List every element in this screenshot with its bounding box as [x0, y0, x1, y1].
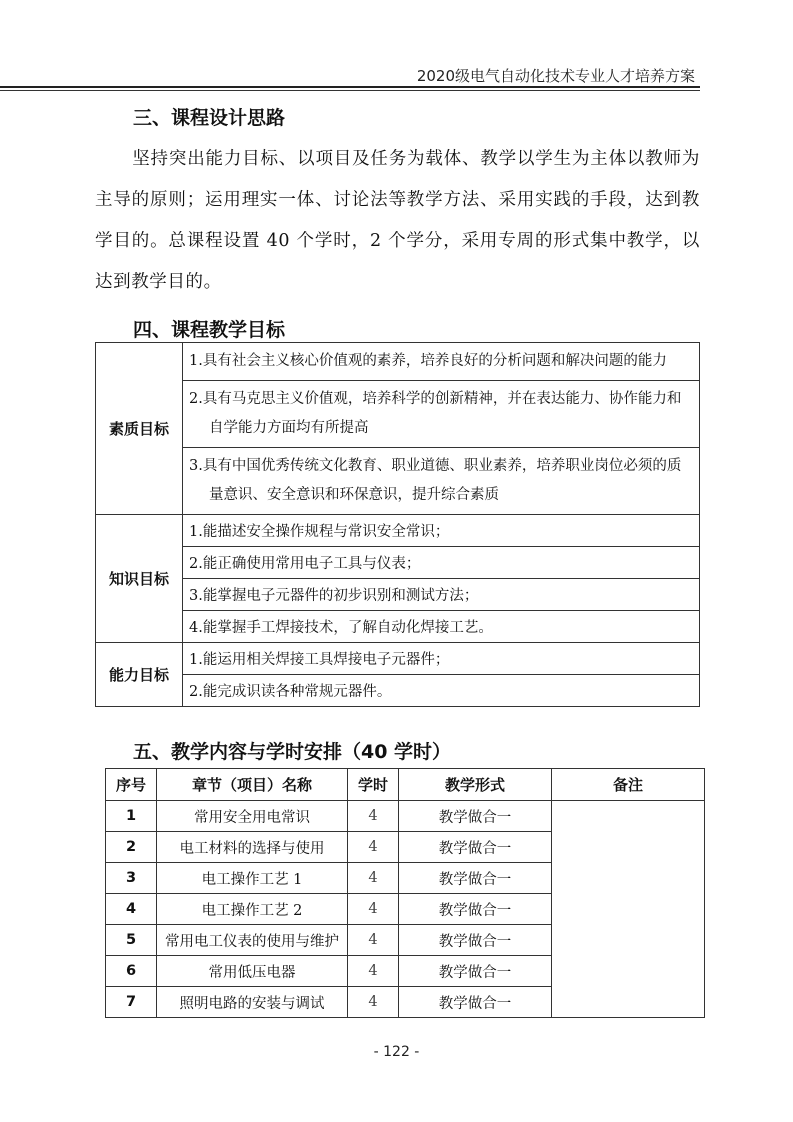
col-header-no: 序号 [106, 769, 157, 801]
goal-item: 2.能完成识读各种常规元器件。 [183, 675, 700, 707]
remark-cell [552, 801, 705, 1018]
design-paragraph-text: 坚持突出能力目标、以项目及任务为载体、教学以学生为主体以教师为主导的原则；运用理… [95, 149, 700, 292]
col-header-name: 章节（项目）名称 [157, 769, 348, 801]
row-name: 照明电路的安装与调试 [157, 987, 348, 1018]
goal-item: 3.具有中国优秀传统文化教育、职业道德、职业素养，培养职业岗位必须的质量意识、安… [183, 448, 700, 515]
row-name: 电工操作工艺 1 [157, 863, 348, 894]
row-no: 3 [106, 863, 157, 894]
goal-item: 3.能掌握电子元器件的初步识别和测试方法； [183, 579, 700, 611]
row-name: 常用安全用电常识 [157, 801, 348, 832]
goal-category: 素质目标 [96, 343, 183, 515]
goal-item: 4.能掌握手工焊接技术，了解自动化焊接工艺。 [183, 611, 700, 643]
row-form: 教学做合一 [399, 925, 552, 956]
schedule-table: 序号 章节（项目）名称 学时 教学形式 备注 1 常用安全用电常识 4 教学做合… [105, 768, 705, 1018]
table-row: 1 常用安全用电常识 4 教学做合一 [106, 801, 705, 832]
col-header-form: 教学形式 [399, 769, 552, 801]
row-no: 4 [106, 894, 157, 925]
row-name: 电工材料的选择与使用 [157, 832, 348, 863]
page-header: 2020级电气自动化技术专业人才培养方案 [0, 63, 700, 89]
row-no: 2 [106, 832, 157, 863]
goal-item: 2.具有马克思主义价值观，培养科学的创新精神，并在表达能力、协作能力和自学能力方… [183, 381, 700, 448]
section-heading-design: 三、课程设计思路 [133, 103, 285, 130]
document-title: 2020级电气自动化技术专业人才培养方案 [417, 65, 695, 86]
schedule-header-row: 序号 章节（项目）名称 学时 教学形式 备注 [106, 769, 705, 801]
goal-item: 1.具有社会主义核心价值观的素养，培养良好的分析问题和解决问题的能力 [183, 343, 700, 381]
row-form: 教学做合一 [399, 863, 552, 894]
row-form: 教学做合一 [399, 832, 552, 863]
row-name: 电工操作工艺 2 [157, 894, 348, 925]
row-hours: 4 [348, 894, 399, 925]
row-hours: 4 [348, 863, 399, 894]
row-name: 常用低压电器 [157, 956, 348, 987]
row-form: 教学做合一 [399, 894, 552, 925]
teaching-goals-table: 素质目标 1.具有社会主义核心价值观的素养，培养良好的分析问题和解决问题的能力 … [95, 342, 700, 707]
row-no: 1 [106, 801, 157, 832]
row-hours: 4 [348, 987, 399, 1018]
page-number: - 122 - [0, 1044, 793, 1060]
row-hours: 4 [348, 925, 399, 956]
goal-item: 2.能正确使用常用电子工具与仪表； [183, 547, 700, 579]
header-divider-thin [0, 90, 700, 91]
row-name: 常用电工仪表的使用与维护 [157, 925, 348, 956]
row-hours: 4 [348, 801, 399, 832]
goal-item-text: 2.具有马克思主义价值观，培养科学的创新精神，并在表达能力、协作能力和自学能力方… [189, 385, 693, 443]
header-divider [0, 86, 700, 88]
goal-item-text: 1.具有社会主义核心价值观的素养，培养良好的分析问题和解决问题的能力 [189, 347, 693, 376]
design-paragraph: 坚持突出能力目标、以项目及任务为载体、教学以学生为主体以教师为主导的原则；运用理… [95, 139, 700, 303]
row-form: 教学做合一 [399, 987, 552, 1018]
section-heading-schedule: 五、教学内容与学时安排（40 学时） [133, 737, 451, 764]
goal-category: 能力目标 [96, 643, 183, 707]
row-no: 6 [106, 956, 157, 987]
row-form: 教学做合一 [399, 956, 552, 987]
goal-item-text: 3.具有中国优秀传统文化教育、职业道德、职业素养，培养职业岗位必须的质量意识、安… [189, 452, 693, 510]
section-heading-goals: 四、课程教学目标 [133, 315, 285, 342]
goal-item: 1.能运用相关焊接工具焊接电子元器件； [183, 643, 700, 675]
row-form: 教学做合一 [399, 801, 552, 832]
row-hours: 4 [348, 832, 399, 863]
col-header-remark: 备注 [552, 769, 705, 801]
row-no: 7 [106, 987, 157, 1018]
row-hours: 4 [348, 956, 399, 987]
col-header-hours: 学时 [348, 769, 399, 801]
row-no: 5 [106, 925, 157, 956]
goal-category: 知识目标 [96, 515, 183, 643]
goal-item: 1.能描述安全操作规程与常识安全常识； [183, 515, 700, 547]
